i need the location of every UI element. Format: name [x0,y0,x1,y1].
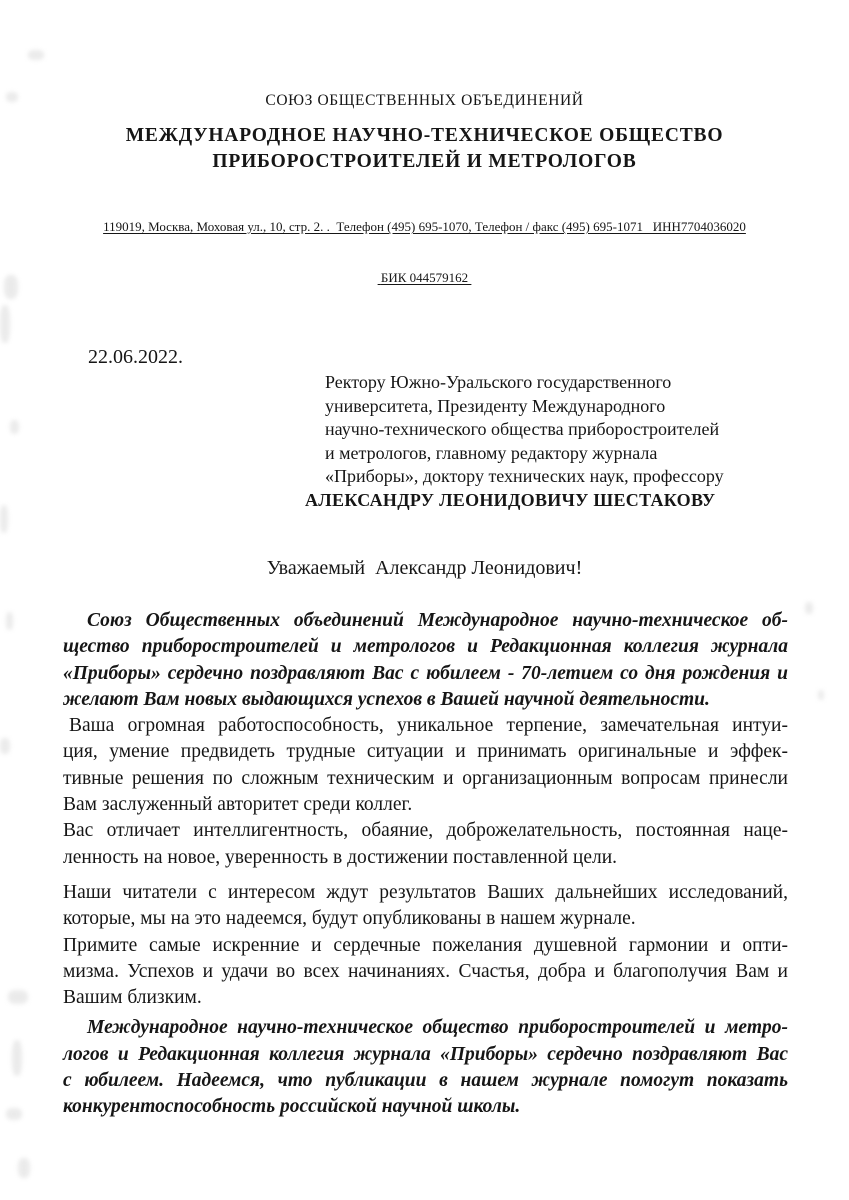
scan-artifact [0,738,10,754]
salutation: Уважаемый Александр Леонидович! [0,557,849,580]
recipient-line: «Приборы», доктору технических наук, про… [325,465,849,489]
letterhead-org-name: МЕЖДУНАРОДНОЕ НАУЧНО-ТЕХНИЧЕСКОЕ ОБЩЕСТВ… [0,123,849,175]
body-line: Ваша огромная работоспособность, уникаль… [63,713,788,739]
letter-document: СОЮЗ ОБЩЕСТВЕННЫХ ОБЪЕДИНЕНИЙ МЕЖДУНАРОД… [0,0,849,1200]
letterhead-contacts: 119019, Москва, Моховая ул., 10, стр. 2.… [0,184,849,320]
recipient-line: научно-технического общества приборостро… [325,418,849,442]
scan-artifact [10,420,19,434]
recipient-line: и метрологов, главному редактору журнала [325,442,849,466]
body-line: Наши читатели с интересом ждут результат… [63,880,788,906]
body-line: конкурентоспособность российской научной… [63,1094,788,1120]
body-line: с юбилеем. Надеемся, что публикации в на… [63,1068,788,1094]
body-line: Международное научно-техническое обществ… [63,1015,788,1041]
body-line: желают Вам новых выдающихся успехов в Ва… [63,687,788,713]
recipient-line: Ректору Южно-Уральского государственного [325,371,849,395]
body-line: ция, умение предвидеть трудные ситуации … [63,739,788,765]
scan-artifact [6,1108,22,1120]
letterhead-contact-line: 119019, Москва, Моховая ул., 10, стр. 2.… [103,219,746,234]
body-line: Вам заслуженный авторитет среди коллег. [63,792,788,818]
body-line: логов и Редакционная коллегия журнала «П… [63,1042,788,1068]
body-paragraphs: Союз Общественных объединений Международ… [63,608,788,1121]
recipient-lines: Ректору Южно-Уральского государственного… [325,371,849,489]
scan-artifact [805,602,813,614]
body-line: Вашим близким. [63,985,788,1011]
paragraph: Вас отличает интеллигентность, обаяние, … [63,818,788,871]
body-line: Вас отличает интеллигентность, обаяние, … [63,818,788,844]
body-line: тивные решения по сложным техническим и … [63,766,788,792]
letter-date: 22.06.2022. [88,346,849,369]
paragraph: Союз Общественных объединений Международ… [63,608,788,713]
letterhead-union-line: СОЮЗ ОБЩЕСТВЕННЫХ ОБЪЕДИНЕНИЙ [0,0,849,110]
body-line: щество приборостроителей и метрологов и … [63,634,788,660]
recipient-name: АЛЕКСАНДРУ ЛЕОНИДОВИЧУ ШЕСТАКОВУ [305,489,849,513]
recipient-block: Ректору Южно-Уральского государственного… [325,371,849,512]
scan-artifact [818,690,824,700]
body-line: Союз Общественных объединений Международ… [63,608,788,634]
body-line: ленность на новое, уверенность в достиже… [63,845,788,871]
letterhead-org-line2: ПРИБОРОСТРОИТЕЛЕЙ И МЕТРОЛОГОВ [0,149,849,175]
letterhead-org-line1: МЕЖДУНАРОДНОЕ НАУЧНО-ТЕХНИЧЕСКОЕ ОБЩЕСТВ… [0,123,849,149]
paragraph: Примите самые искренние и сердечные поже… [63,933,788,1012]
scan-artifact [12,1040,22,1076]
body-line: «Приборы» сердечно поздравляют Вас с юби… [63,661,788,687]
paragraph: Наши читатели с интересом ждут результат… [63,880,788,933]
recipient-line: университета, Президенту Международного [325,395,849,419]
scan-artifact [0,505,8,533]
body-line: мизма. Успехов и удачи во всех начинания… [63,959,788,985]
paragraph: Ваша огромная работоспособность, уникаль… [63,713,788,818]
scan-artifact [8,990,28,1004]
scan-artifact [6,612,13,630]
body-line: которые, мы на это надеемся, будут опубл… [63,906,788,932]
scan-artifact [18,1158,30,1178]
paragraph: Международное научно-техническое обществ… [63,1015,788,1120]
letterhead-bank-line: БИК 044579162 [378,270,472,285]
body-line: Примите самые искренние и сердечные поже… [63,933,788,959]
